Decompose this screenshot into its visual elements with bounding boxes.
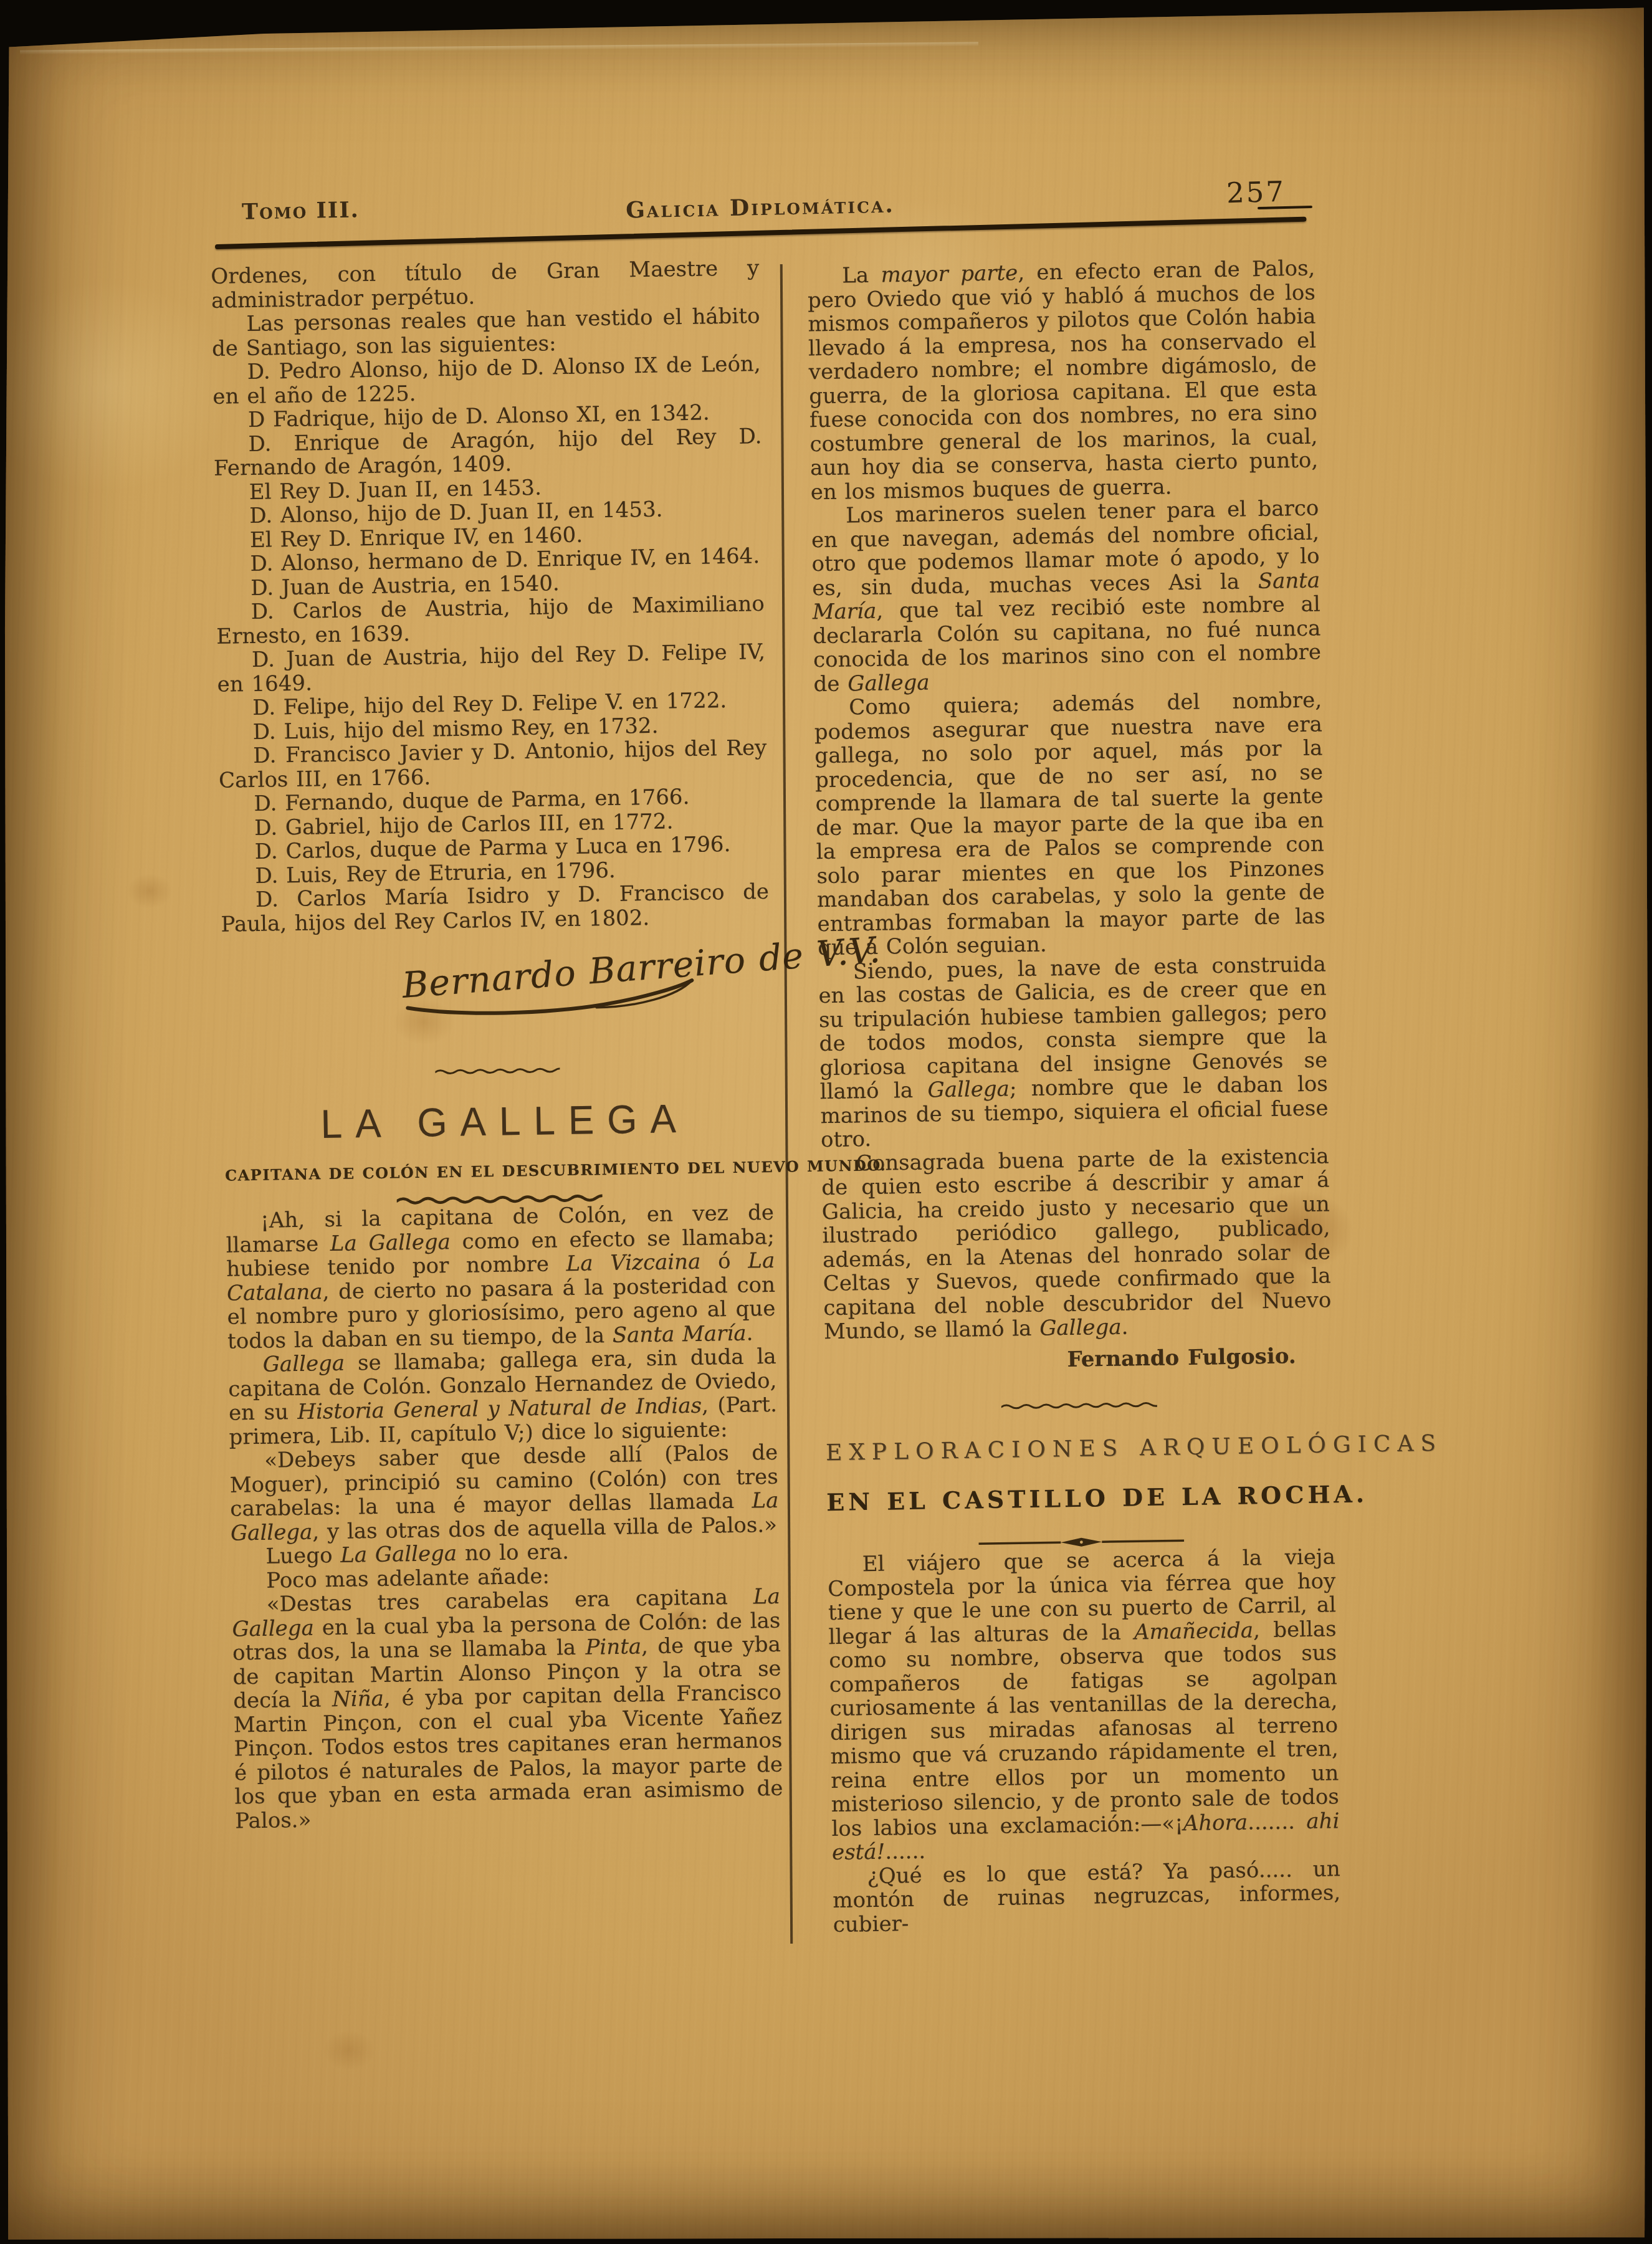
page-number: 257 xyxy=(1226,175,1286,209)
author-signature: Bernardo Barreiro de V.V. xyxy=(222,954,771,1061)
paragraph: Gallega se llamaba; gallega era, sin dud… xyxy=(227,1345,777,1449)
paragraph: ¿Qué es lo que está? Ya pasó..... un mon… xyxy=(832,1857,1341,1937)
scan-background: Tomo III. Galicia Diplomática. 257 Orden… xyxy=(0,0,1652,2244)
paragraph: El viájero que se acerca á la vieja Comp… xyxy=(828,1545,1340,1864)
right-column: La mayor parte, en efecto eran de Palos,… xyxy=(807,257,1341,1937)
paragraph: «Destas tres carabelas era capitana La G… xyxy=(232,1585,784,1833)
author-byline: Fernando Fulgosio. xyxy=(824,1344,1296,1375)
signature-script: Bernardo Barreiro de V.V. xyxy=(401,938,884,1025)
section-subheading: EN EL CASTILLO DE LA ROCHA. xyxy=(826,1482,1335,1514)
paragraph: La mayor parte, en efecto eran de Palos,… xyxy=(807,257,1319,505)
article-subtitle: CAPITANA DE COLÓN EN EL DESCUBRIMIENTO D… xyxy=(225,1157,773,1186)
squiggle-divider xyxy=(223,1062,771,1080)
squiggle-divider xyxy=(825,1397,1333,1414)
volume-label: Tomo III. xyxy=(242,197,360,224)
squiggle-rule-graphic xyxy=(435,1066,560,1076)
paragraph: Los marineros suelen tener para el barco… xyxy=(811,497,1322,697)
section-heading: EXPLORACIONES ARQUEOLÓGICAS xyxy=(826,1433,1334,1465)
paragraph: Consagrada buena parte de la existencia … xyxy=(821,1144,1332,1344)
header-rule xyxy=(215,217,1307,249)
squiggle-rule-graphic xyxy=(1001,1400,1157,1411)
paragraph: Como quiera; además del nombre, podemos … xyxy=(814,689,1326,960)
paragraph: D. Enrique de Aragón, hijo del Rey D. Fe… xyxy=(213,424,762,481)
journal-title: Galicia Diplomática. xyxy=(586,191,935,224)
paper-edge-highlight xyxy=(20,42,978,54)
article-title: LA GALLEGA xyxy=(224,1097,773,1148)
header-rule-secondary xyxy=(1258,206,1312,209)
column-divider-rule xyxy=(780,264,793,1944)
paragraph: «Debeys saber que desde allí (Palos de M… xyxy=(229,1441,779,1545)
paragraph: D. Carlos María Isidro y D. Francisco de… xyxy=(221,880,770,937)
paragraph: Siendo, pues, la nave de esta construida… xyxy=(818,952,1329,1152)
left-column: Ordenes, con título de Gran Maestre y ad… xyxy=(211,256,783,1833)
page-paper: Tomo III. Galicia Diplomática. 257 Orden… xyxy=(0,0,1652,2244)
paragraph: ¡Ah, si la capitana de Colón, en vez de … xyxy=(226,1201,776,1354)
